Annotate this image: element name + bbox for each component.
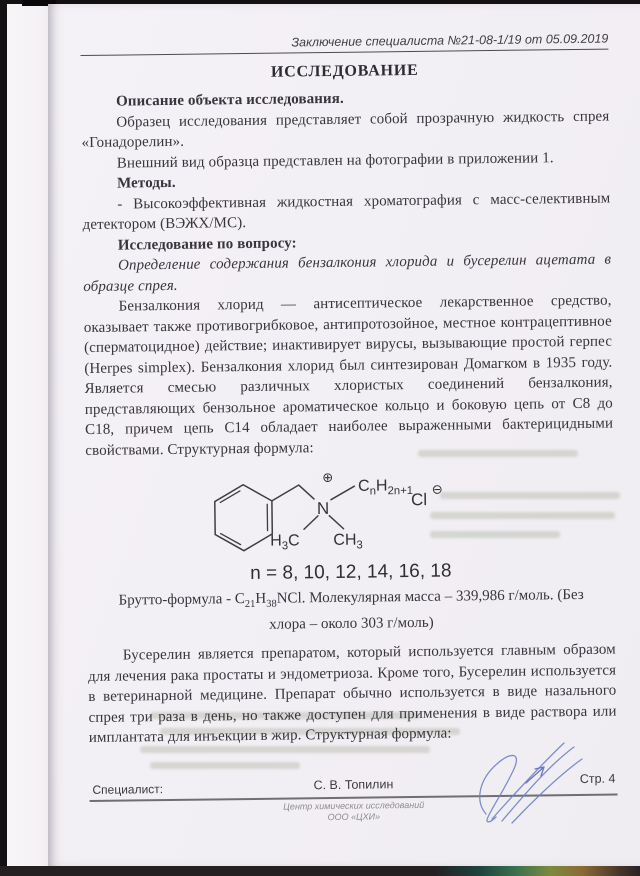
body-text: Описание объекта исследования. Образец и…	[81, 86, 613, 461]
alkyl-c: C	[358, 478, 370, 495]
signature-scribble	[468, 738, 618, 826]
paragraph-question: Определение содержания бензалкония хлори…	[83, 250, 611, 297]
document-reference-header: Заключение специалиста №21-08-1/19 от 05…	[80, 0, 609, 56]
paragraph-method: - Высокоэффективная жидкостная хроматогр…	[82, 188, 610, 235]
document-page: Заключение специалиста №21-08-1/19 от 05…	[48, 4, 640, 866]
body-text-buserelin: Бусерелин является препаратом, который и…	[88, 640, 617, 749]
alkyl-h: H	[376, 478, 388, 495]
alkyl-sub: 2n+1	[388, 485, 414, 497]
alkyl-chain-label: CnH2n+1	[358, 477, 413, 497]
benzalkonium-structure-diagram: N ⊕ CnH2n+1 H3C CH3 Cl ⊖	[183, 459, 564, 562]
paragraph-buserelin: Бусерелин является препаратом, который и…	[88, 640, 617, 749]
chemical-structure-drawing: N ⊕ CnH2n+1 H3C CH3 Cl ⊖	[183, 459, 544, 561]
nitrogen-label: N	[317, 499, 329, 518]
chloride-label: Cl	[411, 490, 427, 509]
minus-charge-icon: ⊖	[432, 482, 443, 497]
page-content: Заключение специалиста №21-08-1/19 от 05…	[80, 0, 618, 866]
paragraph-benzalkonium: Бензалкония хлорид — антисептическое лек…	[83, 291, 613, 461]
n-values-line: n = 8, 10, 12, 14, 16, 18	[87, 559, 615, 587]
page-title: ИССЛЕДОВАНИЕ	[81, 60, 609, 84]
paragraph-sample: Образец исследования представляет собой …	[81, 106, 609, 153]
plus-charge-icon: ⊕	[322, 470, 333, 485]
methyl-left-label: H3C	[270, 532, 300, 552]
methyl-right-label: CH3	[333, 532, 363, 552]
scan-bottom-edge	[0, 866, 640, 876]
scanned-document: Заключение специалиста №21-08-1/19 от 05…	[0, 0, 640, 876]
